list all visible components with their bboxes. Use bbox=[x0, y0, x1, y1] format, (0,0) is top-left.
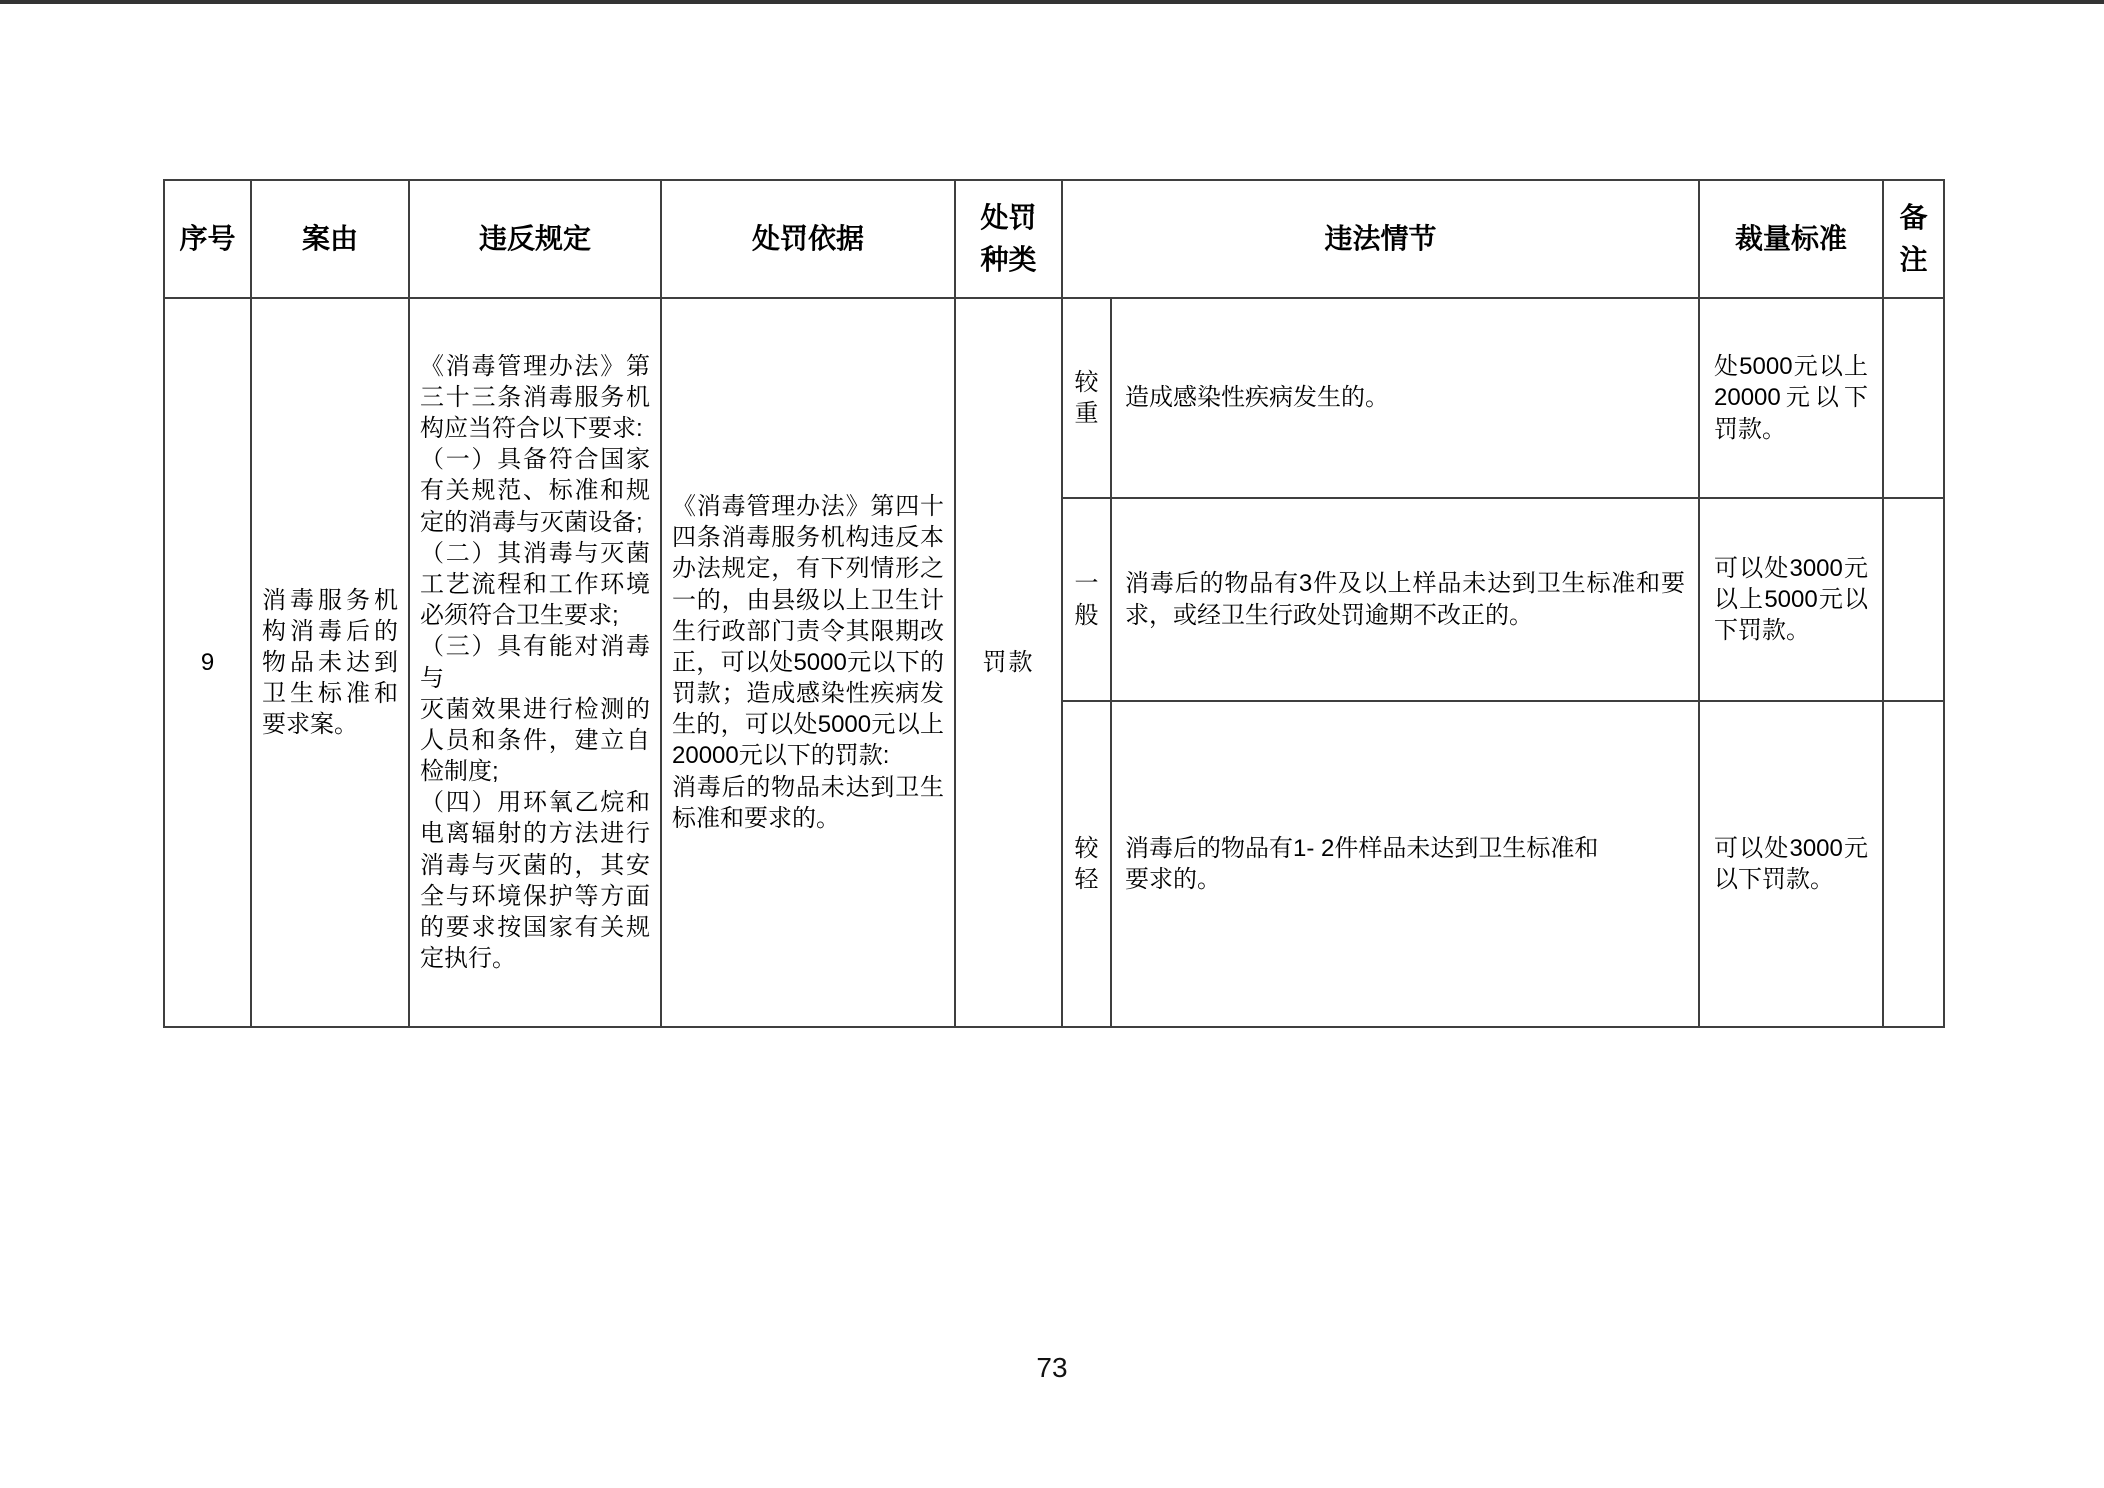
cause-cell: 消毒服务机构消毒后的物品未达到卫生标准和要求案。 bbox=[251, 298, 409, 1027]
standard-cell: 处5000元以上20000元以下罚款。 bbox=[1699, 298, 1883, 498]
standard-header: 裁量标准 bbox=[1699, 180, 1883, 298]
circumstance-cell: 消毒后的物品有3件及以上样品未达到卫生标准和要求，或经卫生行政处罚逾期不改正的。 bbox=[1111, 498, 1699, 701]
cause-header: 案由 bbox=[251, 180, 409, 298]
table-header-row: 序号 案由 违反规定 处罚依据 处罚种类 违法情节 裁量标准 备注 bbox=[164, 180, 1944, 298]
remark-cell bbox=[1883, 498, 1944, 701]
table-row-severe: 9 消毒服务机构消毒后的物品未达到卫生标准和要求案。 《消毒管理办法》第三十三条… bbox=[164, 298, 1944, 498]
violation-header: 违反规定 bbox=[409, 180, 661, 298]
circumstances-header: 违法情节 bbox=[1062, 180, 1699, 298]
penalty-standards-table: 序号 案由 违反规定 处罚依据 处罚种类 违法情节 裁量标准 备注 9 消毒服务… bbox=[163, 179, 1945, 1028]
remark-cell bbox=[1883, 298, 1944, 498]
serial-number-header: 序号 bbox=[164, 180, 251, 298]
penalty-type-header: 处罚种类 bbox=[955, 180, 1062, 298]
page-number: 73 bbox=[0, 1352, 2104, 1384]
basis-header: 处罚依据 bbox=[661, 180, 955, 298]
standard-cell: 可以处3000元以下罚款。 bbox=[1699, 701, 1883, 1027]
remark-cell bbox=[1883, 701, 1944, 1027]
basis-cell: 《消毒管理办法》第四十四条消毒服务机构违反本办法规定，有下列情形之一的，由县级以… bbox=[661, 298, 955, 1027]
severity-cell: 较轻 bbox=[1062, 701, 1111, 1027]
page-top-edge bbox=[0, 0, 2104, 4]
remarks-header: 备注 bbox=[1883, 180, 1944, 298]
severity-cell: 一般 bbox=[1062, 498, 1111, 701]
serial-number-cell: 9 bbox=[164, 298, 251, 1027]
circumstance-cell: 造成感染性疾病发生的。 bbox=[1111, 298, 1699, 498]
violation-cell: 《消毒管理办法》第三十三条消毒服务机构应当符合以下要求: （一）具备符合国家有关… bbox=[409, 298, 661, 1027]
standard-cell: 可以处3000元以上5000元以下罚款。 bbox=[1699, 498, 1883, 701]
penalty-type-cell: 罚款 bbox=[955, 298, 1062, 1027]
severity-cell: 较重 bbox=[1062, 298, 1111, 498]
circumstance-cell: 消毒后的物品有1- 2件样品未达到卫生标准和 要求的。 bbox=[1111, 701, 1699, 1027]
